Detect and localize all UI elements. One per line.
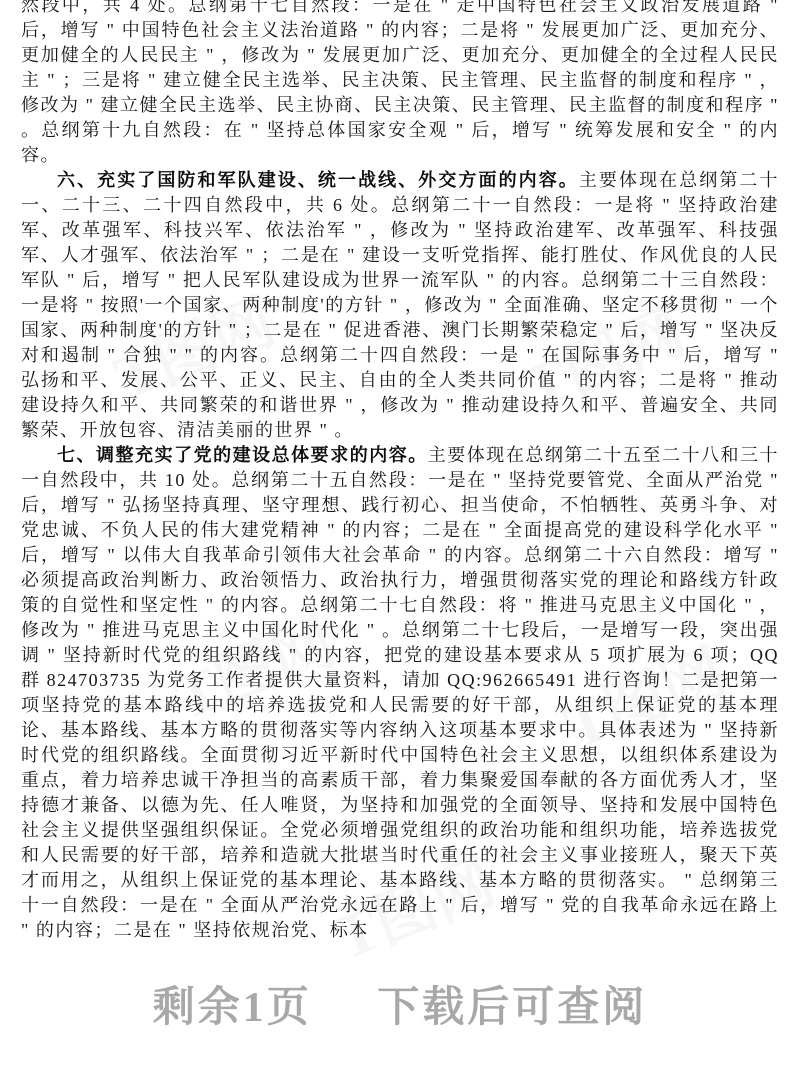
section-seven-body: 主要体现在总纲第二十五至二十八和三十一自然段中，共 10 处。总纲第二十五自然段… bbox=[21, 445, 779, 940]
document-page: T图网 T图网 T图网 T图网 T图网 然段中，共 4 处。总纲第十七自然段：一… bbox=[0, 0, 800, 1081]
page-footer: 剩余1页 下载后可查阅 bbox=[0, 974, 800, 1034]
continuation-text: 然段中，共 4 处。总纲第十七自然段：一是在 " 走中国特色社会主义政治发展道路… bbox=[21, 0, 779, 165]
remaining-pages-label: 剩余1页 bbox=[153, 974, 312, 1034]
section-six-paragraph: 六、充实了国防和军队建设、统一战线、外交方面的内容。主要体现在总纲第二十一、二十… bbox=[21, 168, 779, 443]
section-seven-heading: 七、调整充实了党的建设总体要求的内容。 bbox=[57, 445, 428, 465]
paragraph-continuation: 然段中，共 4 处。总纲第十七自然段：一是在 " 走中国特色社会主义政治发展道路… bbox=[21, 0, 779, 168]
section-six-body: 主要体现在总纲第二十一、二十三、二十四自然段中，共 6 处。总纲第二十一自然段：… bbox=[21, 170, 779, 440]
download-hint-label: 下载后可查阅 bbox=[377, 974, 647, 1034]
document-body: 然段中，共 4 处。总纲第十七自然段：一是在 " 走中国特色社会主义政治发展道路… bbox=[21, 0, 779, 943]
section-seven-paragraph: 七、调整充实了党的建设总体要求的内容。主要体现在总纲第二十五至二十八和三十一自然… bbox=[21, 443, 779, 943]
section-six-heading: 六、充实了国防和军队建设、统一战线、外交方面的内容。 bbox=[57, 170, 579, 190]
